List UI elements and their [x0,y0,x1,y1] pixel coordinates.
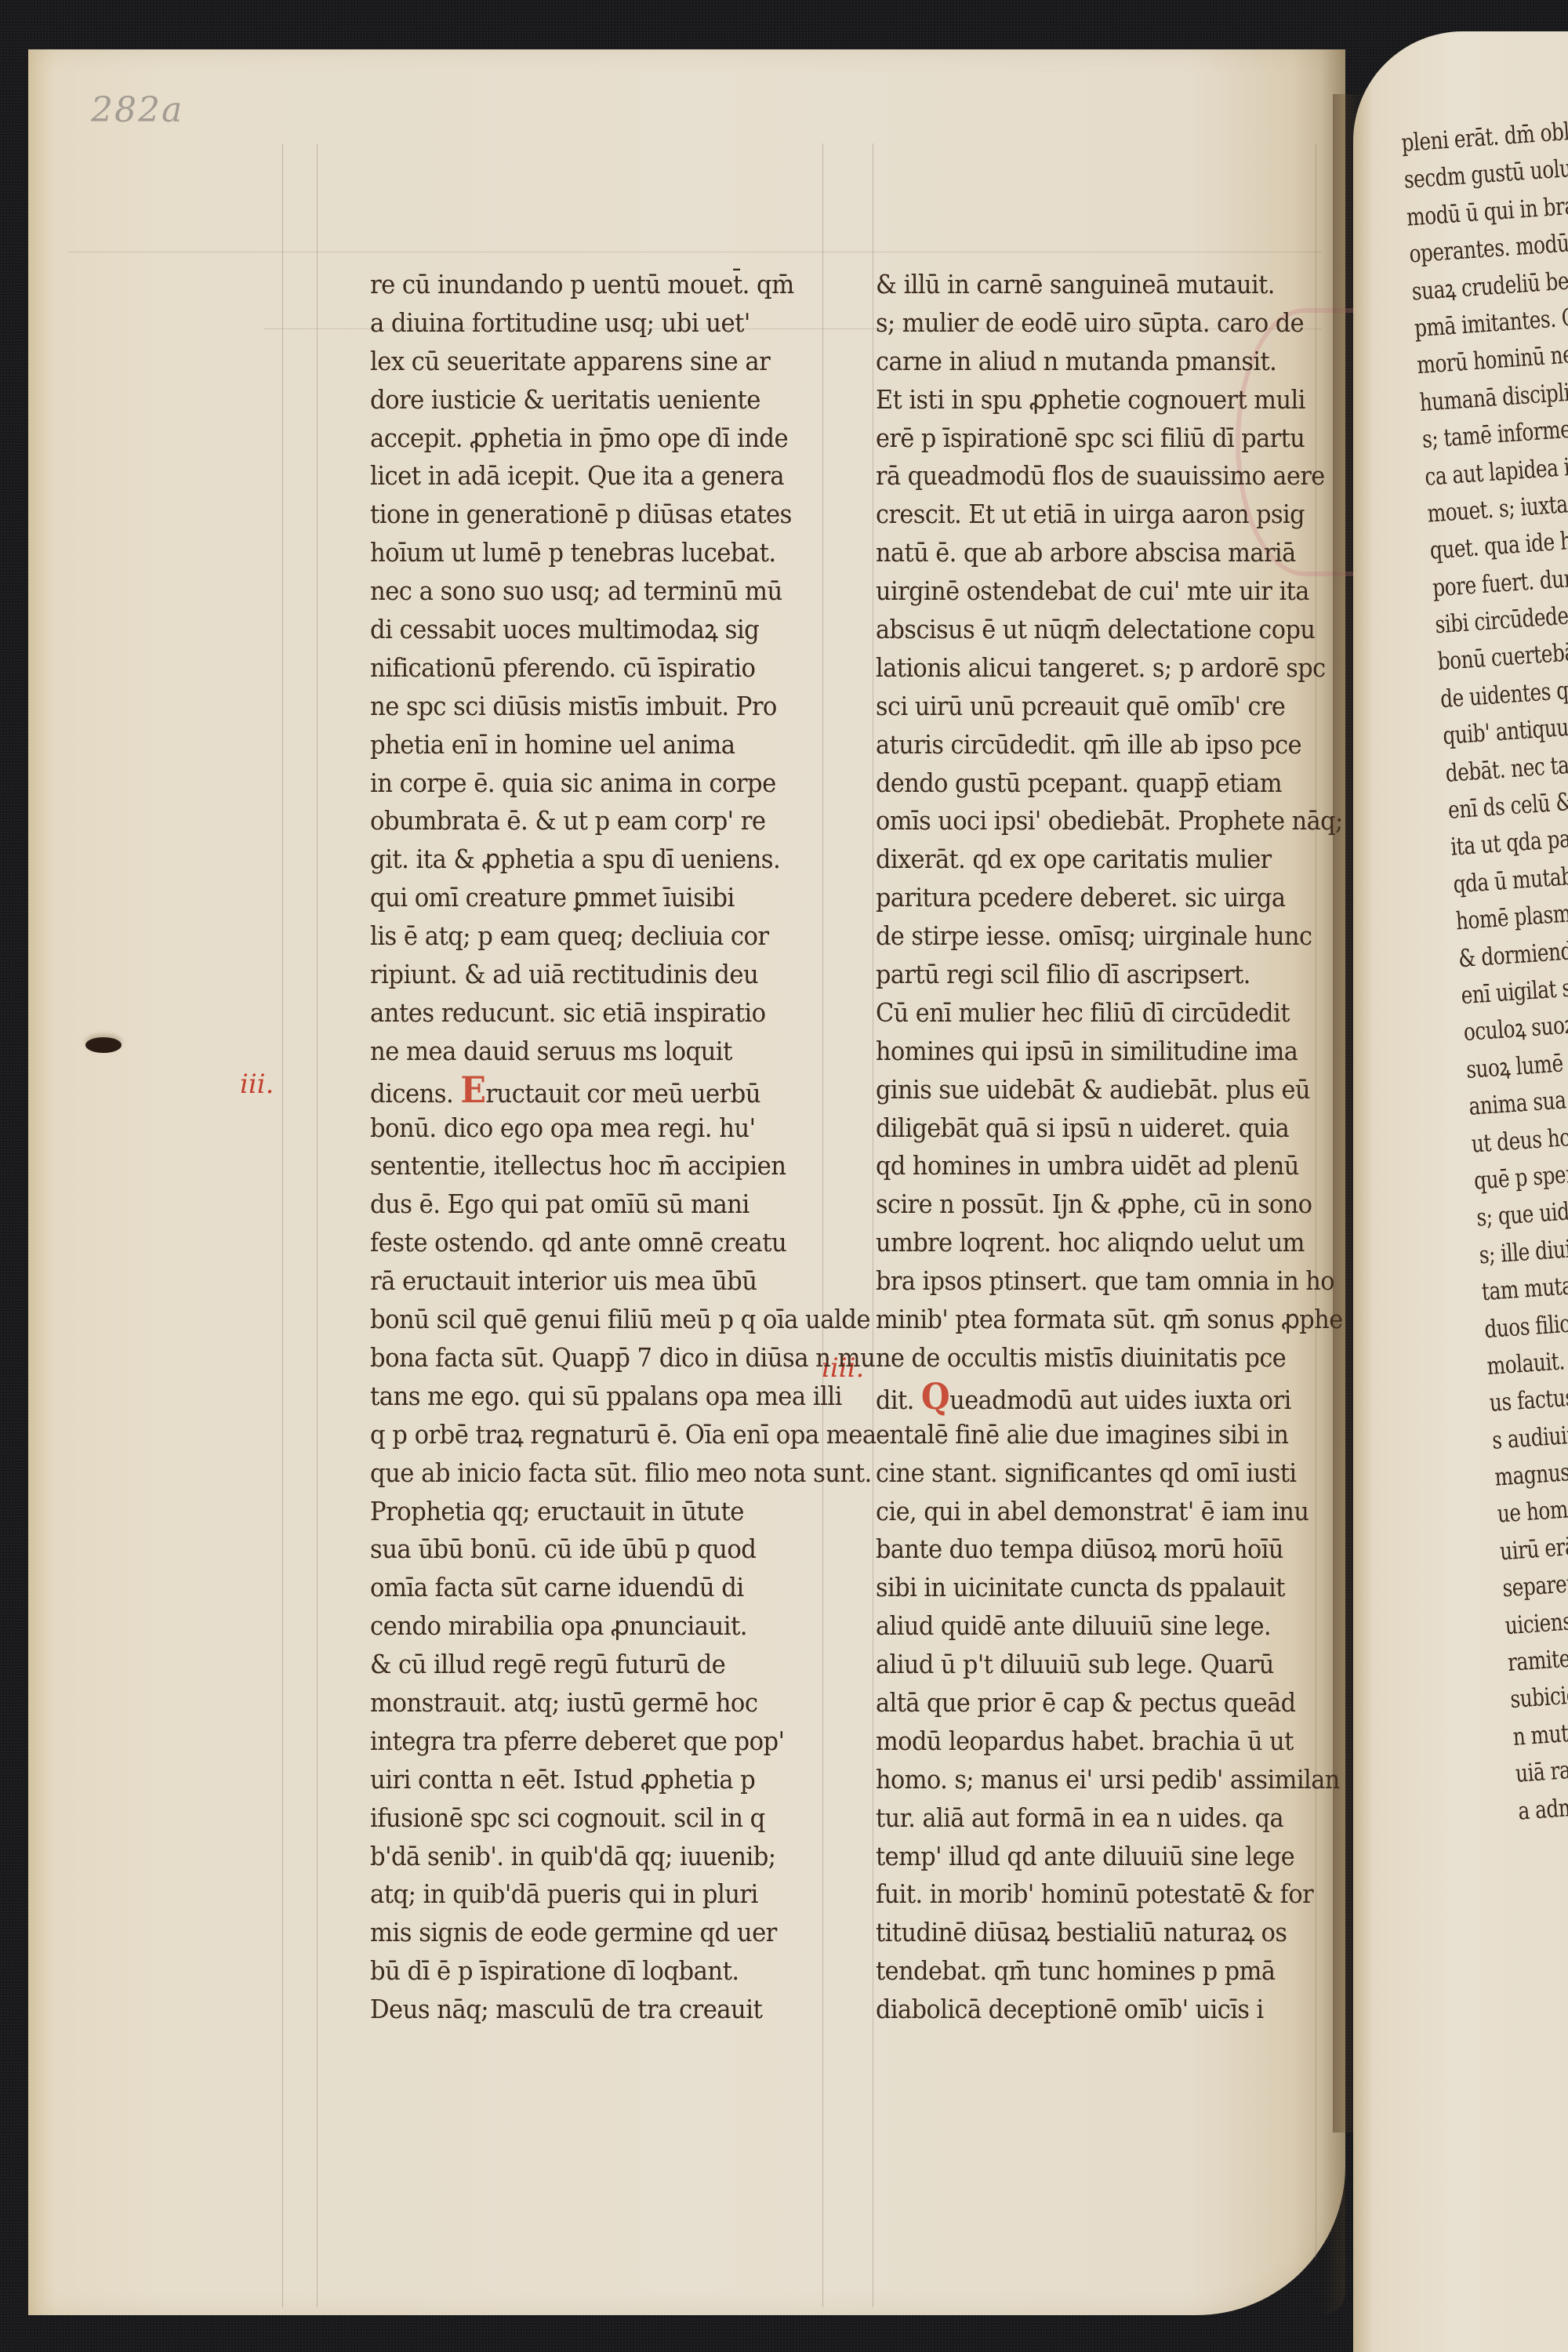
text-line: tans me ego. qui sū ppalans opa mea illi [370,1377,815,1416]
text-line: tur. aliā aut formā in ea n uides. qa [876,1799,1316,1838]
text-line: & illū in carnē sanguineā mutauit. [876,266,1316,304]
text-line: atq; in quib'dā pueris qui in pluri [370,1875,815,1914]
text-line: erē p īspirationē spc sci filiū dī partu [876,419,1316,458]
text-line: natū ē. que ab arbore abscisa mariā [876,534,1316,572]
text-line: omīs uoci ipsi' obediebāt. Prophete nāq; [876,802,1316,840]
text-line: ifusionē spc sci cognouit. scil in q [370,1799,815,1838]
text-line: dit. Queadmodū aut uides iuxta ori [876,1377,1316,1416]
text-line: feste ostendo. qd ante omnē creatu [370,1224,815,1262]
text-line: bonū. dico ego opa mea regi. hu' [370,1109,815,1148]
decorated-initial: Q [921,1375,949,1417]
text-line: de stirpe iesse. omīsq; uirginale hunc [876,917,1316,956]
text-line: entalē finē alie due imagines sibi in [876,1416,1316,1454]
text-line: modū leopardus habet. brachia ū ut [876,1722,1316,1761]
text-line: lis ē atq; p eam queq; decliuia cor [370,917,815,956]
text-column-b: & illū in carnē sanguineā mutauit.s; mul… [876,266,1354,2029]
text-line: Cū enī mulier hec filiū dī circūdedit [876,994,1316,1033]
text-line: sua ūbū bonū. cū ide ūbū p quod [370,1530,815,1569]
text-line: rā eructauit interior uis mea ūbū [370,1262,815,1301]
text-line: abscisus ē ut nūqm̄ delectatione copu [876,611,1316,649]
text-line: qd homines in umbra uidēt ad plenū [876,1147,1316,1185]
text-line: aliud quidē ante diluuiū sine lege. [876,1607,1316,1646]
text-line: qui omī creature ꝑmmet īuisibi [370,879,815,917]
text-line: & cū illud regē regū futurū de [370,1646,815,1684]
text-line: aturis circūdedit. qm̄ ille ab ipso pce [876,726,1316,764]
text-line: cine stant. significantes qd omī iusti [876,1454,1316,1493]
decorated-initial: E [460,1069,485,1111]
text-line: crescit. Et ut etiā in uirga aaron psig [876,495,1316,534]
text-line: paritura pcedere deberet. sic uirga [876,879,1316,917]
text-line: altā que prior ē cap & pectus queād [876,1684,1316,1722]
right-manuscript-page: pleni erāt. dm̄ obliuioni tradosecdm gus… [1353,31,1568,2352]
parchment-hole [85,1037,122,1053]
text-line: q p orbē traꝝ regnaturū ē. Oīa enī opa m… [370,1416,815,1454]
text-line: Deus nāq; masculū de tra creauit [370,1991,815,2029]
text-line: Prophetia qq; eructauit in ūtute [370,1493,815,1531]
text-line: sententie, itellectus hoc m̄ accipien [370,1147,815,1185]
text-line: fuit. in morib' hominū potestatē & for [876,1875,1316,1914]
text-line: accepit. ꝓphetia in p̄mo ope dī inde [370,419,815,458]
text-line: carne in aliud n mutanda pmansit. [876,343,1316,381]
text-line: tione in generationē p diūsas etates [370,495,815,534]
text-line: s; mulier de eodē uiro sūpta. caro de [876,304,1316,343]
text-line: git. ita & ꝓphetia a spu dī ueniens. [370,840,815,879]
text-line: sci uirū unū pcreauit quē omīb' cre [876,688,1316,726]
text-line: ne spc sci diūsis mistīs imbuit. Pro [370,688,815,726]
ruling-line [317,143,318,2307]
text-line: ne de occultis mistīs diuinitatis pce [876,1339,1316,1377]
text-line: lex cū seueritate apparens sine ar [370,343,815,381]
text-line: nec a sono suo usq; ad terminū mū [370,572,815,611]
text-line: monstrauit. atq; iustū germē hoc [370,1684,815,1722]
text-line: bante duo tempa diūsoꝝ morū hoīū [876,1530,1316,1569]
text-line: diligebāt quā si ipsū n uideret. quia [876,1109,1316,1148]
text-line: dixerāt. qd ex ope caritatis mulier [876,840,1316,879]
text-line: lationis alicui tangeret. s; p ardorē sp… [876,649,1316,688]
text-line: cendo mirabilia opa ꝓnunciauit. [370,1607,815,1646]
text-line: in corpe ē. quia sic anima in corpe [370,764,815,803]
ruling-line [282,143,283,2307]
text-line: uirginē ostendebat de cui' mte uir ita [876,572,1316,611]
text-line: bona facta sūt. Quapp̄ 7 dico in diūsa n… [370,1339,815,1377]
text-line: bonū scil quē genui filiū meū p q oīa ua… [370,1301,815,1339]
rubric-marginal-number: iii. [240,1069,274,1100]
text-line: b'dā senib'. in quib'dā qq; iuuenib; [370,1838,815,1876]
text-line: minib' ptea formata sūt. qm̄ sonus ꝓphe [876,1301,1316,1339]
text-line: uiri contta n eēt. Istud ꝓphetia p [370,1761,815,1799]
text-line: ginis sue uidebāt & audiebāt. plus eū [876,1071,1316,1109]
text-line: cie, qui in abel demonstrat' ē iam inu [876,1493,1316,1531]
text-column-partial: pleni erāt. dm̄ obliuioni tradosecdm gus… [1400,103,1568,1831]
text-line: tendebat. qm̄ tunc homines p pmā [876,1952,1316,1991]
text-line: dicens. Eructauit cor meū uerbū [370,1071,815,1109]
text-line: nificationū pferendo. cū īspiratio [370,649,815,688]
text-line: di cessabit uoces multimodaꝝ sig [370,611,815,649]
text-line: dore iusticie & ueritatis ueniente [370,381,815,419]
text-line: a diuina fortitudine usq; ubi uet' [370,304,815,343]
text-line: titudinē diūsaꝝ bestialiū naturaꝝ os [876,1914,1316,1952]
text-line: antes reducunt. sic etiā inspiratio [370,994,815,1033]
text-line: bū dī ē p īspiratione dī loqbant. [370,1952,815,1991]
text-line: dendo gustū pcepant. quapp̄ etiam [876,764,1316,803]
text-column-a: re cū inundando p uentū mouet̄. qm̄a diu… [370,266,848,2029]
text-line: que ab inicio facta sūt. filio meo nota … [370,1454,815,1493]
text-line: mis signis de eode germine qd uer [370,1914,815,1952]
text-line: phetia enī in homine uel anima [370,726,815,764]
text-line: ne mea dauid seruus ms loquit [370,1033,815,1071]
text-line: partū regi scil filio dī ascripsert. [876,956,1316,994]
text-line: omīa facta sūt carne iduendū di [370,1569,815,1607]
text-line: integra tra pferre deberet que pop' [370,1722,815,1761]
text-line: sibi in uicinitate cuncta ds ppalauit [876,1569,1316,1607]
text-line: umbre loqrent. hoc aliqndo uelut um [876,1224,1316,1262]
text-line: ripiunt. & ad uiā rectitudinis deu [370,956,815,994]
text-line: licet in adā icepit. Que ita a genera [370,457,815,495]
text-line: homo. s; manus ei' ursi pedib' assimilan [876,1761,1316,1799]
left-manuscript-page: 282a iii. iiii. re cū inundando p uentū … [28,49,1345,2315]
text-line: obumbrata ē. & ut p eam corp' re [370,802,815,840]
text-line: dus ē. Ego qui pat omīū sū mani [370,1185,815,1224]
text-line: temp' illud qd ante diluuiū sine lege [876,1838,1316,1876]
folio-number: 282a [91,90,183,130]
text-line: homines qui ipsū in similitudine ima [876,1033,1316,1071]
text-line: diabolicā deceptionē omīb' uicīs i [876,1991,1316,2029]
text-line: hoīum ut lumē p tenebras lucebat. [370,534,815,572]
text-line: rā queadmodū flos de suauissimo aere [876,457,1316,495]
text-line: re cū inundando p uentū mouet̄. qm̄ [370,266,815,304]
text-line: bra ipsos ptinsert. que tam omnia in ho [876,1262,1316,1301]
text-line: scire n possūt. Ijn & ꝓphe, cū in sono [876,1185,1316,1224]
ruling-line [873,143,873,2307]
text-line: aliud ū p't diluuiū sub lege. Quarū [876,1646,1316,1684]
text-line: Et isti in spu ꝓphetie cognouert muli [876,381,1316,419]
ruling-line [67,252,1322,252]
